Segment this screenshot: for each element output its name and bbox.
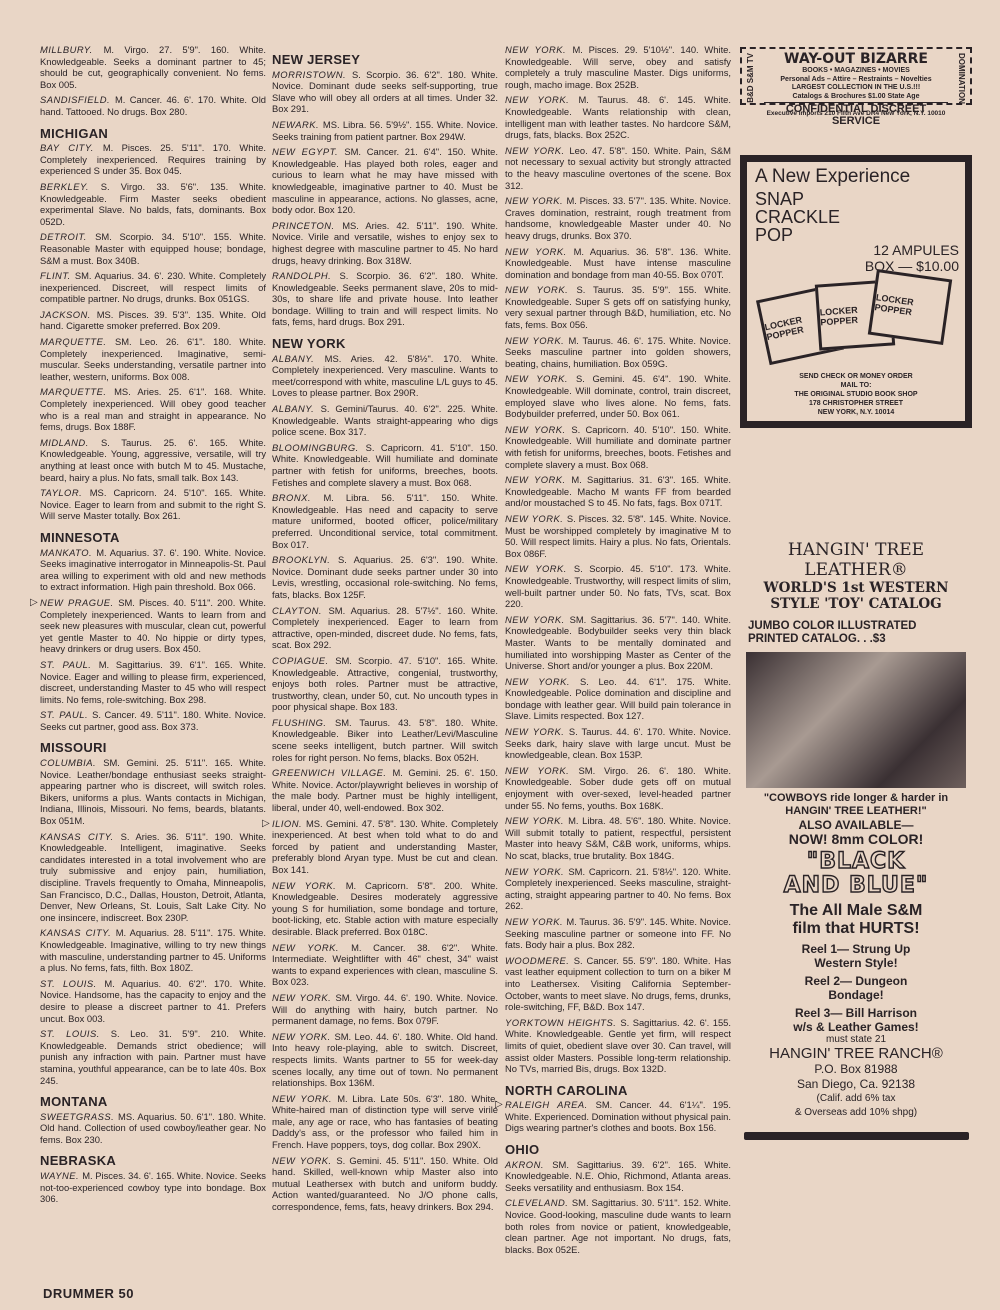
ad-base-bar xyxy=(744,1132,969,1140)
ad-tagline: film that HURTS! xyxy=(740,920,972,938)
listing-entry: NEW YORK. M. Aquarius. 36. 5'8". 136. Wh… xyxy=(505,246,731,281)
ad-mail-line: MAIL TO: xyxy=(747,381,965,390)
listing-entry: FLUSHING. SM. Taurus. 43. 5'8". 180. Whi… xyxy=(272,717,498,763)
listing-city: NEW YORK. xyxy=(272,880,346,891)
ad-film-title-line: "BLACK xyxy=(740,850,972,874)
listing-column-2: NEW JERSEYMORRISTOWN. S. Scorpio. 36. 6'… xyxy=(272,44,498,1217)
ad-quote-line: "COWBOYS ride longer & harder in xyxy=(740,792,972,805)
listing-city: NEW YORK. xyxy=(272,992,335,1003)
listing-entry: NEW YORK. M. Taurus. 36. 5'9". 145. Whit… xyxy=(505,916,731,951)
ad-po-box: P.O. Box 81988 xyxy=(740,1062,972,1077)
listing-entry: NEW YORK. SM. Virgo. 26. 6'. 180. White.… xyxy=(505,765,731,811)
listing-city: NEW YORK. xyxy=(505,44,572,55)
listing-entry: AKRON. SM. Sagittarius. 39. 6'2". 165. W… xyxy=(505,1159,731,1194)
listing-entry: NEW YORK. S. Gemini. 45. 5'11". 150. Whi… xyxy=(272,1155,498,1213)
listing-city: NEW YORK. xyxy=(505,195,566,206)
ad-mail-line: THE ORIGINAL STUDIO BOOK SHOP xyxy=(747,390,965,399)
listing-entry: BRONX. M. Libra. 56. 5'11". 150. White. … xyxy=(272,492,498,550)
ad-product-line: SNAP xyxy=(755,190,957,208)
ad-catalog-line: JUMBO COLOR ILLUSTRATED xyxy=(748,620,972,633)
listing-city: MARQUETTE. xyxy=(40,336,115,347)
ad-subtitle: STYLE 'TOY' CATALOG xyxy=(740,596,972,612)
listing-city: PRINCETON. xyxy=(272,220,342,231)
listing-city: ST. PAUL. xyxy=(40,659,99,670)
listing-city: ST. LOUIS. xyxy=(40,1028,111,1039)
listing-city: ST. LOUIS. xyxy=(40,978,104,989)
listing-city: WOODMERE. xyxy=(505,955,574,966)
listing-entry: YORKTOWN HEIGHTS. S. Sagittarius. 42. 6'… xyxy=(505,1017,731,1075)
listing-entry: TAYLOR. MS. Capricorn. 24. 5'10". 165. W… xyxy=(40,487,266,522)
listing-city: SANDISFIELD. xyxy=(40,94,115,105)
listing-city: NEW YORK. xyxy=(505,246,574,257)
listing-city: CLAYTON. xyxy=(272,605,329,616)
listing-city: JACKSON. xyxy=(40,309,97,320)
listing-entry: SWEETGRASS. MS. Aquarius. 50. 6'1". 180.… xyxy=(40,1111,266,1146)
listing-city: NEW YORK. xyxy=(505,563,574,574)
ad-line: BOOKS • MAGAZINES • MOVIES xyxy=(764,67,948,76)
listing-entry: NEW YORK. S. Gemini. 45. 6'4". 190. Whit… xyxy=(505,373,731,419)
listing-text: S. Aries. 36. 5'11". 190. White. Knowled… xyxy=(40,831,266,923)
listing-entry: NEW YORK. SM. Capricorn. 21. 5'8½". 120.… xyxy=(505,866,731,912)
listing-city: ALBANY. xyxy=(272,403,321,414)
listing-text: SM. Aquarius. 34. 6'. 230. White. Comple… xyxy=(40,270,266,304)
listing-city: ALBANY. xyxy=(272,353,325,364)
listing-entry: ALBANY. MS. Aries. 42. 5'8½". 170. White… xyxy=(272,353,498,399)
listing-entry: PRINCETON. MS. Aries. 42. 5'11". 190. Wh… xyxy=(272,220,498,266)
listing-entry: DETROIT. SM. Scorpio. 34. 5'10". 155. Wh… xyxy=(40,231,266,266)
listing-entry: NEW YORK. M. Pisces. 33. 5'7". 135. Whit… xyxy=(505,195,731,241)
listing-entry: NEW YORK. M. Taurus. 46. 6'. 175. White.… xyxy=(505,335,731,370)
listing-entry: NEW YORK. SM. Sagittarius. 36. 5'7". 140… xyxy=(505,614,731,672)
listing-entry: CLAYTON. SM. Aquarius. 28. 5'7½". 160. W… xyxy=(272,605,498,651)
listing-city: NEW YORK. xyxy=(272,1155,336,1166)
ad-hangin-tree: HANGIN' TREE LEATHER® WORLD'S 1st WESTER… xyxy=(740,540,972,1140)
listing-entry: NEW YORK. M. Libra. Late 50s. 6'3". 180.… xyxy=(272,1093,498,1151)
listing-entry: NEW YORK. S. Scorpio. 45. 5'10". 173. Wh… xyxy=(505,563,731,609)
listing-city: NEW YORK. xyxy=(505,765,579,776)
state-heading: NEBRASKA xyxy=(40,1155,266,1167)
listing-city: ST. PAUL. xyxy=(40,709,92,720)
ad-line: Personal Ads – Attire – Restraints – Nov… xyxy=(764,76,948,85)
ad-city: San Diego, Ca. 92138 xyxy=(740,1077,972,1092)
ad-reel-line: Reel 2— Dungeon xyxy=(740,974,972,988)
ad-also: ALSO AVAILABLE— xyxy=(740,818,972,832)
ad-also: NOW! 8mm COLOR! xyxy=(740,832,972,846)
listing-city: NEW YORK. xyxy=(505,866,568,877)
listing-entry: MARQUETTE. SM. Leo. 26. 6'1". 180. White… xyxy=(40,336,266,382)
ad-quantity: 12 AMPULES xyxy=(865,242,959,258)
ad-reel-line: w/s & Leather Games! xyxy=(740,1020,972,1034)
ad-line: Catalogs & Brochures $1.00 State Age xyxy=(764,93,948,102)
listing-entry: NEW YORK. SM. Virgo. 44. 6'. 190. White.… xyxy=(272,992,498,1027)
ad-film-title-line: AND BLUE" xyxy=(740,874,972,898)
ad-reel-line: Reel 1— Strung Up xyxy=(740,942,972,956)
listing-city: COPIAGUE. xyxy=(272,655,335,666)
listing-city: MARQUETTE. xyxy=(40,386,114,397)
listing-entry: NEW PRAGUE. SM. Pisces. 40. 5'11". 200. … xyxy=(40,597,266,655)
listing-entry: CLEVELAND. SM. Sagittarius. 30. 5'11". 1… xyxy=(505,1197,731,1255)
listing-city: TAYLOR. xyxy=(40,487,90,498)
listing-city: SWEETGRASS. xyxy=(40,1111,118,1122)
ad-side-label-right: DOMINATION xyxy=(957,53,966,104)
listing-entry: FLINT. SM. Aquarius. 34. 6'. 230. White.… xyxy=(40,270,266,305)
listing-city: NEW YORK. xyxy=(505,145,569,156)
ad-reel-line: Western Style! xyxy=(740,956,972,970)
listing-entry: NEW YORK. M. Sagittarius. 31. 6'3". 165.… xyxy=(505,474,731,509)
listing-city: NEW YORK. xyxy=(272,942,351,953)
listing-city: NEW YORK. xyxy=(505,916,566,927)
listing-entry: COPIAGUE. SM. Scorpio. 47. 5'10". 165. W… xyxy=(272,655,498,713)
state-heading: NEW YORK xyxy=(272,338,498,350)
listing-entry: BAY CITY. M. Pisces. 25. 5'11". 170. Whi… xyxy=(40,142,266,177)
ad-way-out-bizarre: B&D S&M TV DOMINATION WAY-OUT BIZARRE BO… xyxy=(740,47,972,105)
listing-entry: KANSAS CITY. M. Aquarius. 28. 5'11". 175… xyxy=(40,927,266,973)
ad-catalog-line: PRINTED CATALOG. . .$3 xyxy=(748,633,972,646)
listing-city: BAY CITY. xyxy=(40,142,103,153)
product-box-illustration: LOCKER POPPER LOCKER POPPER LOCKER POPPE… xyxy=(762,274,952,354)
ad-ranch: HANGIN' TREE RANCH® xyxy=(740,1045,972,1062)
listing-city: MORRISTOWN. xyxy=(272,69,352,80)
listing-city: RALEIGH AREA. xyxy=(505,1099,596,1110)
listing-city: NEWARK. xyxy=(272,119,323,130)
listing-city: AKRON. xyxy=(505,1159,552,1170)
ad-mail-info: SEND CHECK OR MONEY ORDER MAIL TO: THE O… xyxy=(747,372,965,417)
listing-city: NEW YORK. xyxy=(505,335,568,346)
listing-city: ILION. xyxy=(272,818,306,829)
listing-column-1: MILLBURY. M. Virgo. 27. 5'9". 160. White… xyxy=(40,44,266,1209)
listing-entry: ILION. MS. Gemini. 47. 5'8". 130. White.… xyxy=(272,818,498,876)
listing-city: WAYNE. xyxy=(40,1170,82,1181)
listing-entry: MARQUETTE. MS. Aries. 25. 6'1". 168. Whi… xyxy=(40,386,266,432)
listing-entry: NEW YORK. M. Taurus. 48. 6'. 145. White.… xyxy=(505,94,731,140)
listing-city: KANSAS CITY. xyxy=(40,927,116,938)
listing-city: BLOOMINGBURG. xyxy=(272,442,366,453)
ad-side-label-left: B&D S&M TV xyxy=(746,53,755,103)
listing-city: CLEVELAND. xyxy=(505,1197,572,1208)
ad-snap-crackle-pop: A New Experience SNAP CRACKLE POP 12 AMP… xyxy=(740,155,972,428)
listing-entry: ST. PAUL. S. Cancer. 49. 5'11". 180. Whi… xyxy=(40,709,266,732)
listing-city: COLUMBIA. xyxy=(40,757,103,768)
ad-headline: A New Experience xyxy=(755,166,957,188)
listing-city: NEW YORK. xyxy=(505,726,569,737)
listing-entry: NEW YORK. M. Pisces. 29. 5'10½". 140. Wh… xyxy=(505,44,731,90)
listing-entry: KANSAS CITY. S. Aries. 36. 5'11". 190. W… xyxy=(40,831,266,924)
listing-entry: RANDOLPH. S. Scorpio. 36. 6'2". 180. Whi… xyxy=(272,270,498,328)
ad-quote: "COWBOYS ride longer & harder in HANGIN'… xyxy=(740,792,972,818)
listing-entry: NEW YORK. S. Taurus. 35. 5'9". 155. Whit… xyxy=(505,284,731,330)
ad-reels: Reel 1— Strung Up Western Style! Reel 2—… xyxy=(740,942,972,1034)
listing-entry: ALBANY. S. Gemini/Taurus. 40. 6'2". 225.… xyxy=(272,403,498,438)
listing-city: FLUSHING. xyxy=(272,717,335,728)
listing-entry: JACKSON. MS. Pisces. 39. 5'3". 135. Whit… xyxy=(40,309,266,332)
listing-entry: MANKATO. M. Aquarius. 37. 6'. 190. White… xyxy=(40,547,266,593)
ad-product-line: CRACKLE xyxy=(755,208,957,226)
listing-city: GREENWICH VILLAGE. xyxy=(272,767,392,778)
ad-quote-line: HANGIN' TREE LEATHER!" xyxy=(740,805,972,818)
ad-mail-line: SEND CHECK OR MONEY ORDER xyxy=(747,372,965,381)
ad-photo xyxy=(746,652,966,788)
ad-title: WAY-OUT BIZARRE xyxy=(764,51,948,67)
listing-city: NEW YORK. xyxy=(505,474,571,485)
ad-mail-line: NEW YORK, N.Y. 10014 xyxy=(747,408,965,417)
listing-city: DETROIT. xyxy=(40,231,95,242)
state-heading: MINNESOTA xyxy=(40,532,266,544)
listing-entry: ST. LOUIS. M. Aquarius. 40. 6'2". 170. W… xyxy=(40,978,266,1024)
listing-city: NEW YORK. xyxy=(272,1093,337,1104)
listing-city: FLINT. xyxy=(40,270,75,281)
ad-age-note: must state 21 xyxy=(740,1034,972,1045)
ad-reel-line: Reel 3— Bill Harrison xyxy=(740,1006,972,1020)
listing-entry: RALEIGH AREA. SM. Cancer. 44. 6'1¼". 195… xyxy=(505,1099,731,1134)
listing-city: BROOKLYN. xyxy=(272,554,338,565)
listing-city: NEW YORK. xyxy=(505,284,577,295)
listing-entry: MORRISTOWN. S. Scorpio. 36. 6'2". 180. W… xyxy=(272,69,498,115)
listing-city: NEW YORK. xyxy=(272,1031,334,1042)
listing-entry: GREENWICH VILLAGE. M. Gemini. 25. 6'. 15… xyxy=(272,767,498,813)
listing-entry: MIDLAND. S. Taurus. 25. 6'. 165. White. … xyxy=(40,437,266,483)
listing-city: NEW YORK. xyxy=(505,424,571,435)
listing-entry: WOODMERE. S. Cancer. 55. 5'9". 180. Whit… xyxy=(505,955,731,1013)
state-heading: OHIO xyxy=(505,1144,731,1156)
listing-entry: NEW YORK. S. Leo. 44. 6'1". 175. White. … xyxy=(505,676,731,722)
listing-city: NEW YORK. xyxy=(505,373,576,384)
listing-entry: BROOKLYN. S. Aquarius. 25. 6'3". 190. Wh… xyxy=(272,554,498,600)
listing-city: NEW EGYPT. xyxy=(272,146,344,157)
ad-line: LARGEST COLLECTION IN THE U.S.!!! xyxy=(764,84,948,93)
listing-city: NEW YORK. xyxy=(505,815,568,826)
state-heading: MICHIGAN xyxy=(40,128,266,140)
listing-city: RANDOLPH. xyxy=(272,270,340,281)
listing-city: KANSAS CITY. xyxy=(40,831,121,842)
listing-entry: NEW YORK. M. Cancer. 38. 6'2". White. In… xyxy=(272,942,498,988)
listing-entry: ST. LOUIS. S. Leo. 31. 5'9". 210. White.… xyxy=(40,1028,266,1086)
listing-city: NEW YORK. xyxy=(505,94,579,105)
ad-tagline: The All Male S&M xyxy=(740,902,972,920)
listing-entry: NEW YORK. SM. Leo. 44. 6'. 180. White. O… xyxy=(272,1031,498,1089)
state-heading: MISSOURI xyxy=(40,742,266,754)
listing-entry: NEW YORK. Leo. 47. 5'8". 150. White. Pai… xyxy=(505,145,731,191)
ad-subtitle: WORLD'S 1st WESTERN xyxy=(740,580,972,596)
listing-entry: NEWARK. MS. Libra. 56. 5'9½". 155. White… xyxy=(272,119,498,142)
state-heading: NORTH CAROLINA xyxy=(505,1085,731,1097)
ad-reel-line: Bondage! xyxy=(740,988,972,1002)
listing-entry: WAYNE. M. Pisces. 34. 6'. 165. White. No… xyxy=(40,1170,266,1205)
listing-city: NEW YORK. xyxy=(505,676,580,687)
listing-city: NEW PRAGUE. xyxy=(40,597,118,608)
listing-entry: MILLBURY. M. Virgo. 27. 5'9". 160. White… xyxy=(40,44,266,90)
ad-catalog: JUMBO COLOR ILLUSTRATED PRINTED CATALOG.… xyxy=(748,620,972,646)
state-heading: NEW JERSEY xyxy=(272,54,498,66)
listing-entry: BERKLEY. S. Virgo. 33. 5'6". 135. White.… xyxy=(40,181,266,227)
listing-text: MS. Gemini. 47. 5'8". 130. White. Comple… xyxy=(272,818,498,875)
listing-entry: NEW YORK. S. Capricorn. 40. 5'10". 150. … xyxy=(505,424,731,470)
listing-entry: NEW YORK. M. Libra. 48. 5'6". 180. White… xyxy=(505,815,731,861)
ad-mail-line: 178 CHRISTOPHER STREET xyxy=(747,399,965,408)
page-footer: DRUMMER 50 xyxy=(43,1286,134,1301)
ad-film-title: "BLACK AND BLUE" xyxy=(740,850,972,898)
ad-title: LEATHER® xyxy=(740,560,972,580)
listing-city: MIDLAND. xyxy=(40,437,101,448)
listing-entry: BLOOMINGBURG. S. Capricorn. 41. 5'10". 1… xyxy=(272,442,498,488)
listing-entry: NEW YORK. S. Taurus. 44. 6'. 170. White.… xyxy=(505,726,731,761)
listing-entry: NEW YORK. S. Pisces. 32. 5'8". 145. Whit… xyxy=(505,513,731,559)
ad-product: SNAP CRACKLE POP xyxy=(755,190,957,244)
listing-city: NEW YORK. xyxy=(505,614,570,625)
listing-city: BERKLEY. xyxy=(40,181,101,192)
listing-entry: COLUMBIA. SM. Gemini. 25. 5'11". 165. Wh… xyxy=(40,757,266,827)
listing-city: YORKTOWN HEIGHTS. xyxy=(505,1017,620,1028)
ad-address: Executive Imports 210 Fifth Ave DR4 New … xyxy=(740,110,972,117)
ad-title: HANGIN' TREE xyxy=(740,540,972,560)
listing-column-3: NEW YORK. M. Pisces. 29. 5'10½". 140. Wh… xyxy=(505,44,731,1259)
listing-city: MANKATO. xyxy=(40,547,96,558)
listing-entry: NEW EGYPT. SM. Cancer. 21. 6'4". 150. Wh… xyxy=(272,146,498,216)
ad-tax: (Calif. add 6% tax xyxy=(740,1092,972,1106)
ad-tax: & Overseas add 10% shpg) xyxy=(740,1106,972,1120)
product-box: LOCKER POPPER xyxy=(868,269,952,345)
listing-city: BRONX. xyxy=(272,492,323,503)
state-heading: MONTANA xyxy=(40,1096,266,1108)
listing-entry: ST. PAUL. M. Sagittarius. 39. 6'1". 165.… xyxy=(40,659,266,705)
listing-city: MILLBURY. xyxy=(40,44,104,55)
listing-entry: NEW YORK. M. Capricorn. 5'8". 200. White… xyxy=(272,880,498,938)
listing-city: NEW YORK. xyxy=(505,513,567,524)
listing-entry: SANDISFIELD. M. Cancer. 46. 6'. 170. Whi… xyxy=(40,94,266,117)
